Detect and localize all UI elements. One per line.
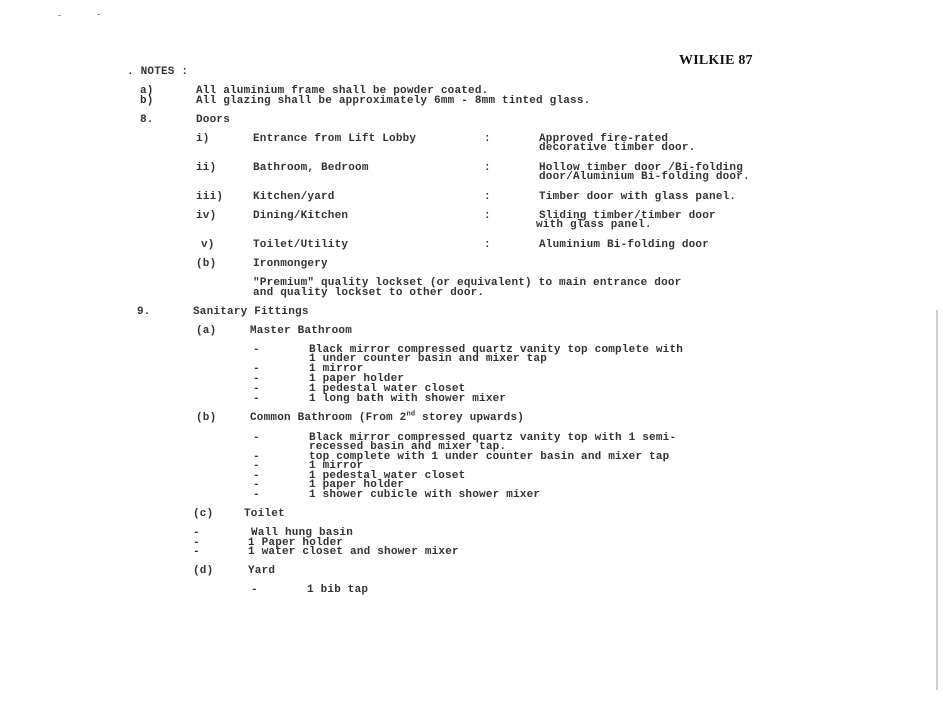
door-separator: : [484,163,491,173]
door-separator: : [484,211,491,221]
door-marker: i) [196,134,210,144]
door-spec: decorative timber door. [539,143,695,153]
fitting-item: 1 shower cubicle with shower mixer [309,490,540,500]
notes-label: . NOTES : [127,67,188,77]
subsection-marker: (c) [193,509,213,519]
list-dash: - [253,490,260,500]
fitting-item: 1 bib tap [307,585,368,595]
subsection-title: Master Bathroom [250,326,352,336]
section-number: 8. [140,115,154,125]
subsection-marker: (b) [196,413,216,423]
list-dash: - [193,547,200,557]
door-separator: : [484,134,491,144]
door-location: Dining/Kitchen [253,211,348,221]
door-location: Entrance from Lift Lobby [253,134,416,144]
door-marker: iii) [196,192,223,202]
ironmongery-text: and quality lockset to other door. [253,288,484,298]
subsection-title: Common Bathroom (From 2nd storey upwards… [250,413,524,423]
door-marker: iv) [196,211,216,221]
list-dash: - [253,394,260,404]
subsection-title: Yard [248,566,275,576]
subsection-title: Toilet [244,509,285,519]
door-location: Bathroom, Bedroom [253,163,369,173]
section-number: 9. [137,307,151,317]
section-title: Sanitary Fittings [193,307,309,317]
scan-edge-artifact [936,310,938,690]
door-spec: Timber door with glass panel. [539,192,736,202]
door-separator: : [484,240,491,250]
list-dash: - [251,585,258,595]
scan-speck [58,15,61,16]
ordinal-superscript: nd [406,410,415,418]
list-dash: - [253,345,260,355]
door-marker: ii) [196,163,216,173]
section-title: Doors [196,115,230,125]
door-spec: with glass panel. [536,220,652,230]
subsection-marker: (d) [193,566,213,576]
note-text: All glazing shall be approximately 6mm -… [196,96,590,106]
fitting-item: 1 water closet and shower mixer [248,547,459,557]
document-title: WILKIE 87 [679,53,753,69]
subsection-marker: (a) [196,326,216,336]
subsection-title: Ironmongery [253,259,328,269]
subsection-marker: (b) [196,259,216,269]
fitting-item: 1 long bath with shower mixer [309,394,506,404]
door-spec: Aluminium Bi-folding door [539,240,709,250]
list-dash: - [253,433,260,443]
note-marker: b) [140,96,154,106]
door-separator: : [484,192,491,202]
door-marker: v) [201,240,215,250]
door-location: Toilet/Utility [253,240,348,250]
door-spec: door/Aluminium Bi-folding door. [539,172,750,182]
subsection-title-text: Common Bathroom (From 2 [250,412,406,424]
scan-speck [97,14,100,15]
subsection-title-text: storey upwards) [415,412,524,424]
door-location: Kitchen/yard [253,192,335,202]
